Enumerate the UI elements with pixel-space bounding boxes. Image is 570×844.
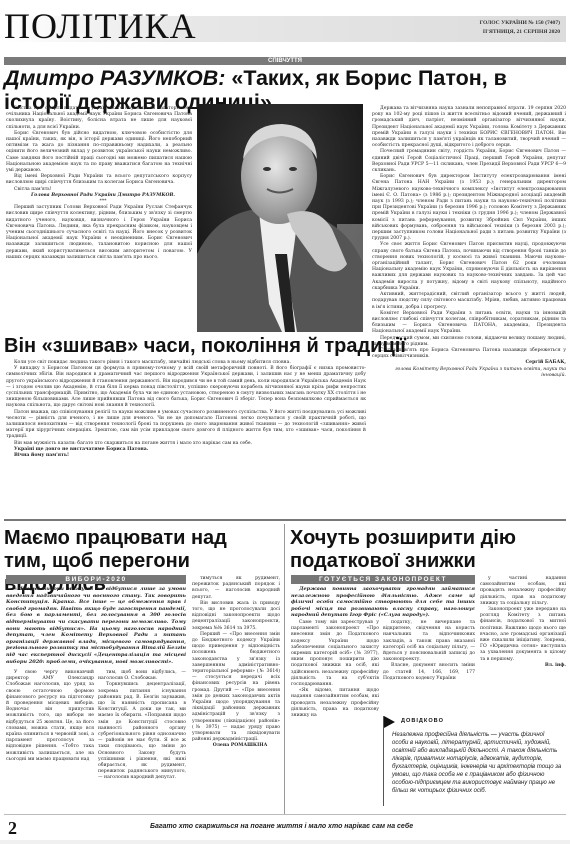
signature: Вл. інф.	[480, 663, 566, 669]
paragraph: Борис Євгенович був директором Інституту…	[372, 174, 566, 242]
portrait-photo	[197, 104, 363, 332]
lede-text: «Місцеві вибори можуть не відбутися лише…	[6, 586, 186, 665]
paragraph: Від імені Верховної Ради України та всьо…	[6, 174, 192, 186]
triangle-pointer-icon	[384, 716, 395, 728]
article2-body: Коли усе світ покидає людина такого рівн…	[6, 360, 366, 459]
paragraph: Комітет Верховної Ради України з питань …	[372, 311, 566, 336]
paragraph: Перший заступник Голови Верховної Ради У…	[6, 205, 192, 261]
paragraph: податку, не вичерпане та відкритене, сві…	[383, 620, 475, 663]
article4-col3: у частині надання самозайнятим особам, я…	[480, 576, 566, 669]
rubric-condolences: СПІВЧУТТЯ	[4, 57, 566, 65]
article3-kicker: ВИБОРИ-2020	[6, 575, 186, 584]
bottom-strip	[0, 840, 570, 844]
article3-lede: «Місцеві вибори можуть не відбутися лише…	[6, 586, 186, 665]
lede-text: Держава повинна заохочувати громадян зай…	[291, 586, 475, 619]
paragraph: Перший — «Про внесення змін до Бюджетног…	[192, 632, 280, 744]
paragraph: У свою чергу виконавчий директор АМУ Оле…	[6, 670, 94, 763]
article3-col3: тимуться як рудимент, пережиток радянськ…	[192, 576, 280, 750]
article4-col2: податку, не вичерпане та відкритене, сві…	[383, 620, 475, 682]
paragraph: Держава та вітчизняна наука зазнали непо…	[372, 106, 566, 149]
article4-lede: Держава повинна заохочувати громадян зай…	[291, 586, 475, 619]
article4-headline: Хочуть розширити дію податкової знижки	[290, 527, 565, 573]
paragraph: Торкнувшись децентралізації, зокрема пит…	[98, 682, 186, 781]
article4-col1: Саме тому він зареєстрував у парламенті …	[291, 620, 379, 719]
masthead: ПОЛІТИКА ГОЛОС УКРАЇНИ № 150 (7407) П'ЯТ…	[0, 0, 570, 50]
article3-col1: У свою чергу виконавчий директор АМУ Оле…	[6, 670, 94, 763]
issue-number: ГОЛОС УКРАЇНИ № 150 (7407)	[480, 19, 560, 28]
reference-text: Незалежна професійна діяльність — участь…	[392, 731, 562, 795]
paragraph: Активний, життєрадісний, світлий організ…	[372, 292, 566, 311]
issue-date: П'ЯТНИЦЯ, 21 СЕРПНЯ 2020	[480, 28, 560, 37]
paragraph: Патон вважав, що співіснування релігії т…	[6, 410, 366, 441]
column-divider	[284, 524, 285, 814]
signature-title: голова Комітету Верховної Ради України з…	[372, 367, 566, 379]
signature: Олена РОМАШКІНА	[192, 743, 280, 749]
page-number: 2	[8, 818, 17, 839]
paragraph: Власне, документ вносить зміни до статей…	[383, 663, 475, 682]
article2-headline: Він «зшивав» часи, покоління й традиції	[4, 335, 406, 357]
article1-col1: Звістка про смерть видатного українськог…	[6, 106, 192, 261]
paragraph: Вічна йому пам'ять!	[6, 453, 366, 459]
headline-author: Дмитро РАЗУМКОВ:	[4, 66, 225, 90]
paragraph: Борис Євгенович був дійсно видатною, клю…	[6, 131, 192, 174]
footer-quote: Багато хто скаржиться на погане життя і …	[150, 823, 413, 830]
portrait-image	[197, 104, 363, 332]
paragraph: Усе своє життя Борис Євгенович Патон при…	[372, 242, 566, 292]
paragraph: Законопроект уже передано на розгляд Ком…	[480, 607, 566, 663]
paragraph: тим, щоб вони відбулись, — наголосив О. …	[98, 670, 186, 682]
reference-title: ДОВІДКОВО	[401, 718, 444, 724]
article3-col2: тим, щоб вони відбулись, — наголосив О. …	[98, 670, 186, 782]
paragraph: У випадку з Борисом Патоном ця формула в…	[6, 366, 366, 409]
issue-info: ГОЛОС УКРАЇНИ № 150 (7407) П'ЯТНИЦЯ, 21 …	[480, 19, 560, 37]
paragraph: Саме тому він зареєстрував у парламенті …	[291, 620, 379, 688]
paragraph: Звістка про смерть видатного українськог…	[6, 106, 192, 131]
reference-box: ДОВІДКОВО Незалежна професійна діяльніст…	[383, 716, 565, 806]
article4-kicker: ГОТУЄТЬСЯ ЗАКОНОПРОЕКТ	[291, 575, 475, 584]
section-title: ПОЛІТИКА	[4, 8, 197, 44]
paragraph: Він висловив жаль із приводу того, що не…	[192, 601, 280, 632]
paragraph: «Як відомо, питання щодо надання самозай…	[291, 688, 379, 719]
footer-divider	[4, 814, 566, 815]
section-divider	[4, 519, 566, 521]
paragraph: у частині надання самозайнятим особам, я…	[480, 576, 566, 607]
paragraph: Почесний громадянин світу, гордість Укра…	[372, 149, 566, 174]
paragraph: тимуться як рудимент, пережиток радянськ…	[192, 576, 280, 601]
